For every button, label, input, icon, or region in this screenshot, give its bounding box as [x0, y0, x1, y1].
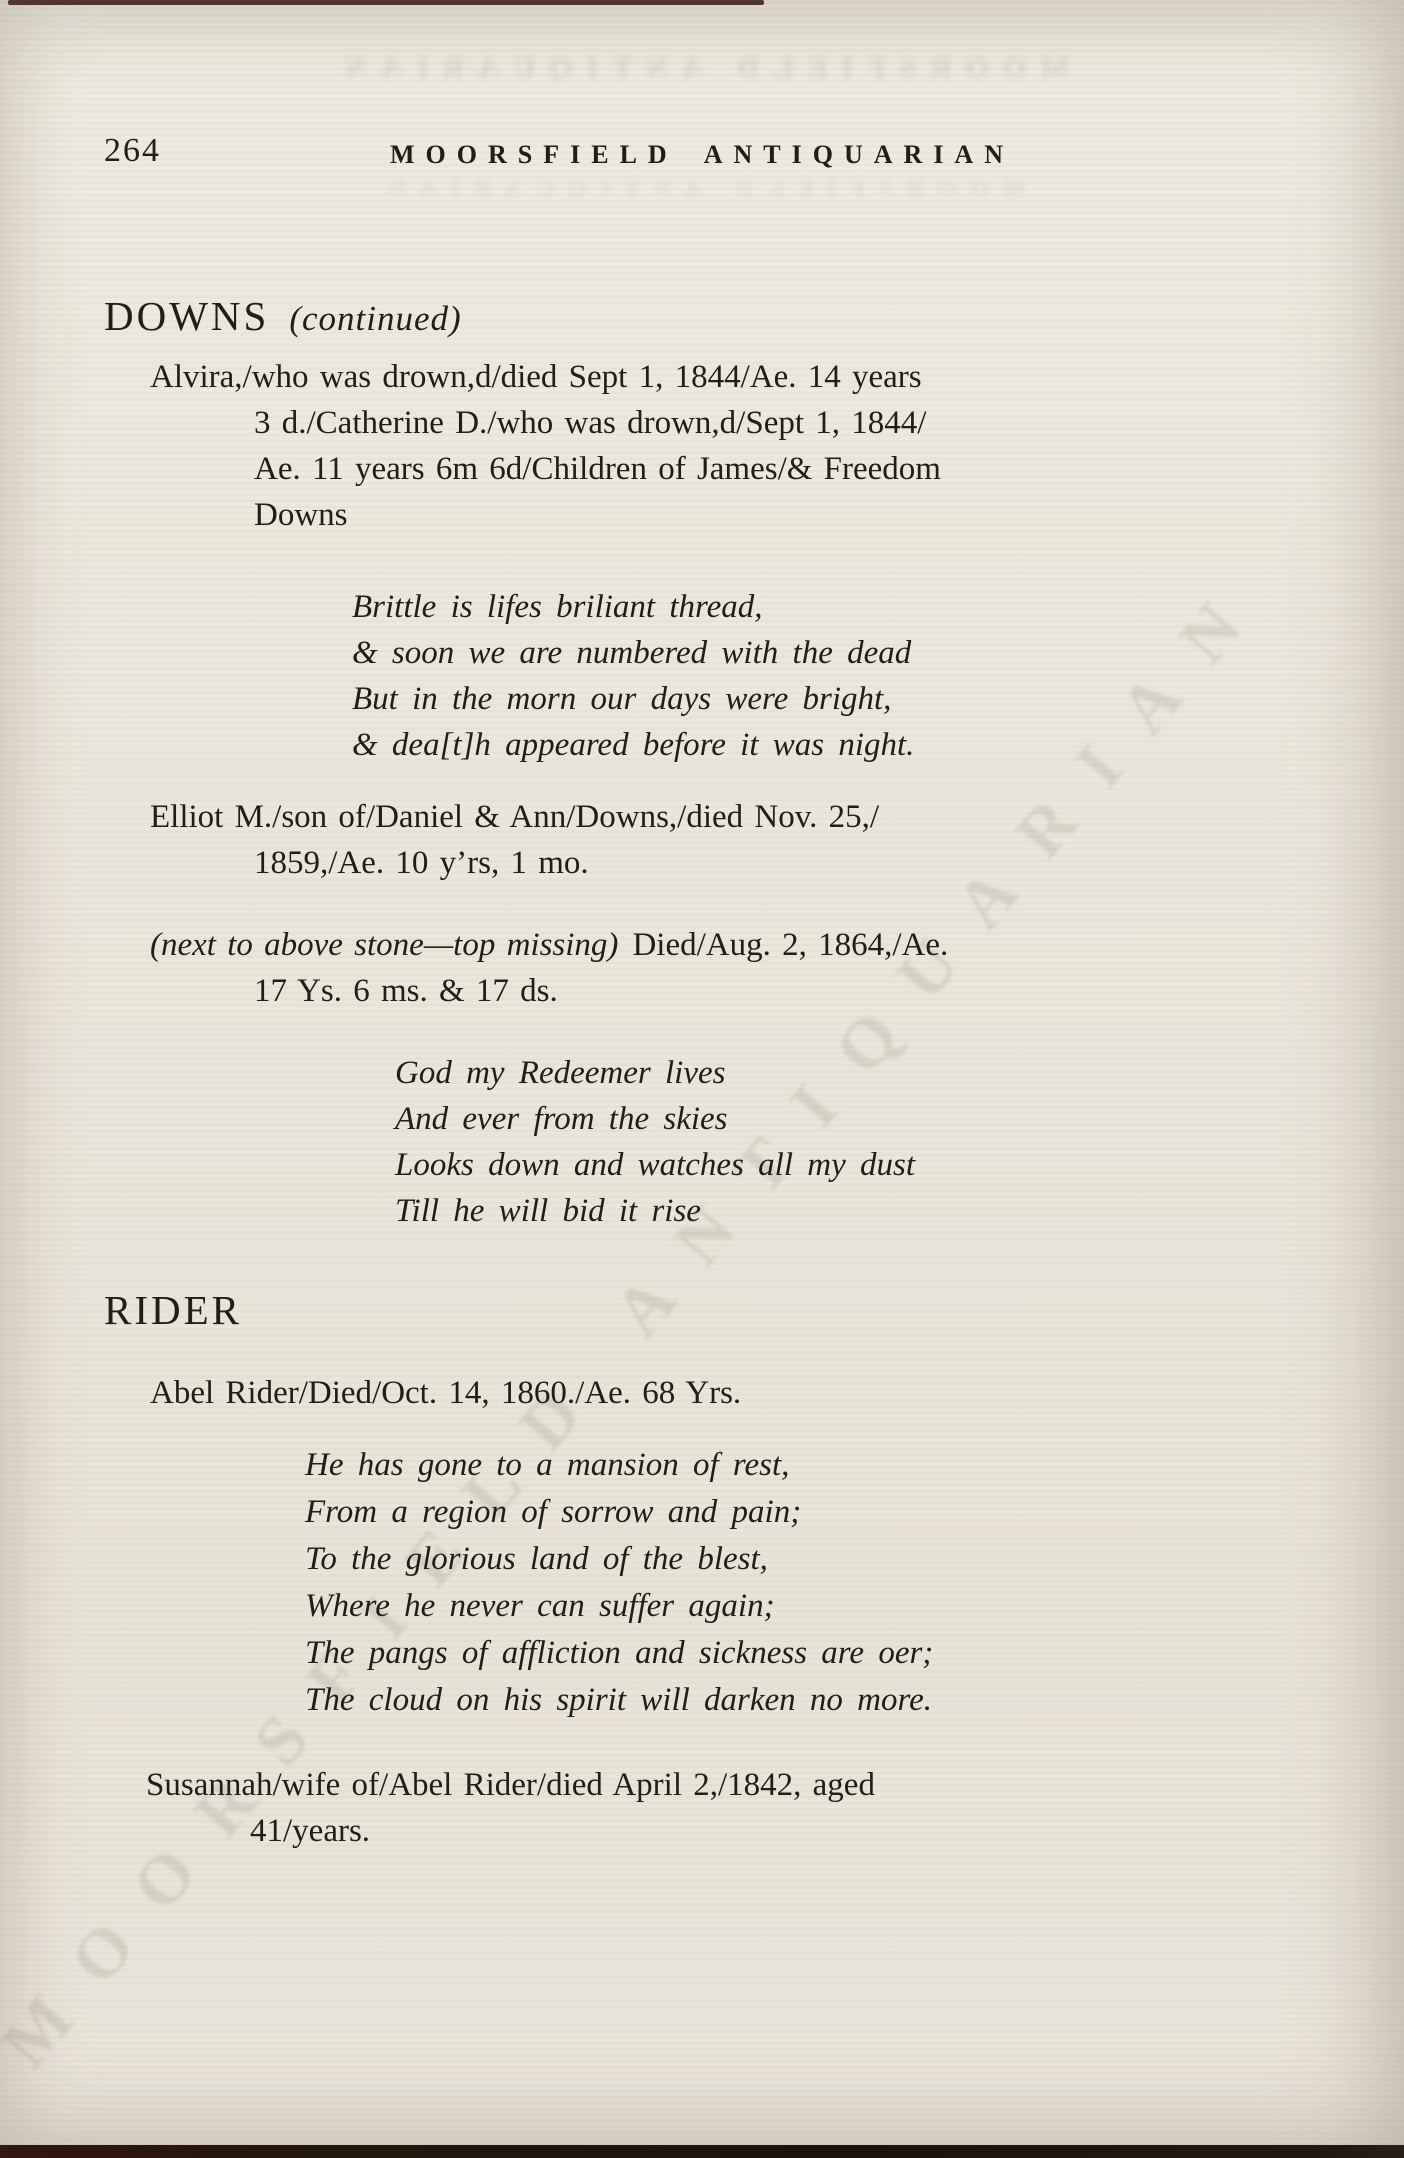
entry-line: Downs — [254, 492, 941, 538]
surname-rider: RIDER — [104, 1287, 242, 1333]
verse-line: To the glorious land of the blest, — [305, 1536, 933, 1583]
entry-line: Susannah/wife of/Abel Rider/died April 2… — [146, 1762, 875, 1808]
entry-susannah: Susannah/wife of/Abel Rider/died April 2… — [146, 1762, 875, 1854]
entry-line: 1859,/Ae. 10 y’rs, 1 mo. — [254, 840, 879, 886]
continued-note: (continued) — [289, 299, 461, 338]
entry-line: 17 Ys. 6 ms. & 17 ds. — [254, 968, 948, 1014]
verse-line: The pangs of affliction and sickness are… — [305, 1630, 933, 1677]
verse-line: God my Redeemer lives — [395, 1050, 915, 1096]
section-heading-rider: RIDER — [104, 1286, 242, 1334]
show-through-text: MOORSFIELD ANTIQUARIAN — [40, 176, 1360, 203]
verse-unknown-stone: God my Redeemer lives And ever from the … — [395, 1050, 915, 1234]
verse-line: Brittle is lifes briliant thread, — [352, 584, 914, 630]
entry-line: (next to above stone—top missing)Died/Au… — [150, 922, 948, 968]
entry-line: Elliot M./son of/Daniel & Ann/Downs,/die… — [150, 794, 879, 840]
verse-alvira: Brittle is lifes briliant thread, & soon… — [352, 584, 914, 768]
verse-line: Looks down and watches all my dust — [395, 1142, 915, 1188]
verse-abel-rider: He has gone to a mansion of rest, From a… — [305, 1442, 933, 1724]
surname-downs: DOWNS — [104, 293, 269, 339]
entry-elliot: Elliot M./son of/Daniel & Ann/Downs,/die… — [150, 794, 879, 886]
entry-unknown-stone: (next to above stone—top missing)Died/Au… — [150, 922, 948, 1014]
scanned-book-page: MOORSFIELD ANTIQUARIAN MOORSFIELD ANTIQU… — [0, 0, 1404, 2158]
verse-line: The cloud on his spirit will darken no m… — [305, 1677, 933, 1724]
verse-line: & dea[t]h appeared before it was night. — [352, 722, 914, 768]
verse-line: He has gone to a mansion of rest, — [305, 1442, 933, 1489]
verse-line: & soon we are numbered with the dead — [352, 630, 914, 676]
entry-text: Died/Aug. 2, 1864,/Ae. — [632, 927, 948, 963]
entry-line: 3 d./Catherine D./who was drown,d/Sept 1… — [254, 400, 941, 446]
verse-line: And ever from the skies — [395, 1096, 915, 1142]
section-heading-downs: DOWNS(continued) — [104, 292, 462, 340]
entry-line: Abel Rider/Died/Oct. 14, 1860./Ae. 68 Yr… — [150, 1370, 741, 1416]
scan-edge-bottom — [0, 2145, 1404, 2158]
entry-line: Ae. 11 years 6m 6d/Children of James/& F… — [254, 446, 941, 492]
verse-line: But in the morn our days were bright, — [352, 676, 914, 722]
show-through-text: MOORSFIELD ANTIQUARIAN — [40, 52, 1360, 86]
running-title: MOORSFIELD ANTIQUARIAN — [0, 140, 1404, 170]
entry-line: Alvira,/who was drown,d/died Sept 1, 184… — [150, 354, 941, 400]
verse-line: Where he never can suffer again; — [305, 1583, 933, 1630]
scan-edge-top — [8, 0, 764, 5]
verse-line: Till he will bid it rise — [395, 1188, 915, 1234]
verse-line: From a region of sorrow and pain; — [305, 1489, 933, 1536]
entry-line: 41/years. — [250, 1808, 875, 1854]
entry-alvira: Alvira,/who was drown,d/died Sept 1, 184… — [150, 354, 941, 538]
stone-condition-note: (next to above stone—top missing) — [150, 927, 618, 963]
entry-abel-rider: Abel Rider/Died/Oct. 14, 1860./Ae. 68 Yr… — [150, 1370, 741, 1416]
